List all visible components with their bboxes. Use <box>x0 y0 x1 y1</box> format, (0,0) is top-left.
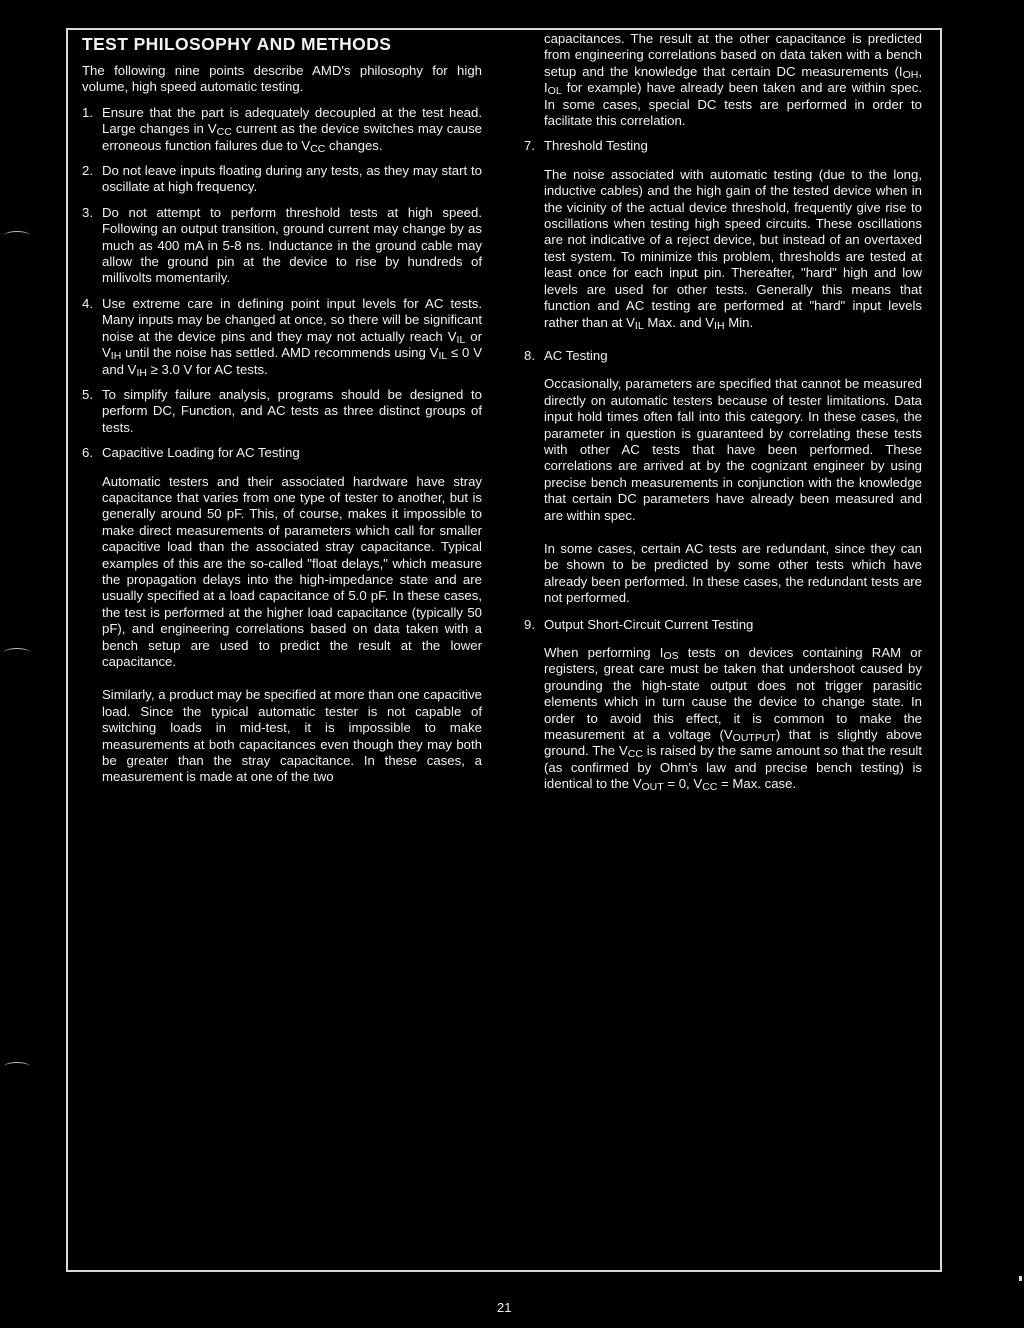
right-column: capacitances. The result at the other ca… <box>524 31 922 810</box>
item-6-paragraph-2: Similarly, a product may be specified at… <box>82 687 482 785</box>
item-text: Do not attempt to perform threshold test… <box>102 205 482 286</box>
text: Min. <box>725 315 754 330</box>
subscript: OS <box>663 650 678 662</box>
item-6-continuation: capacitances. The result at the other ca… <box>524 31 922 129</box>
list-item-1: 1. Ensure that the part is adequately de… <box>82 105 482 154</box>
page-number: 21 <box>497 1300 511 1315</box>
subscript: CC <box>702 781 717 793</box>
section-heading: Output Short-Circuit Current Testing <box>540 617 753 632</box>
list-item-8-heading: 8. AC Testing <box>524 348 922 364</box>
text: until the noise has settled. AMD recomme… <box>121 345 438 360</box>
subscript: IH <box>111 350 122 362</box>
text: for example) have already been taken and… <box>544 80 922 128</box>
list-item-5: 5. To simplify failure analysis, program… <box>82 387 482 436</box>
section-heading: Threshold Testing <box>540 138 648 153</box>
intro-paragraph: The following nine points describe AMD's… <box>82 63 482 96</box>
text: Max. and V <box>644 315 714 330</box>
section-heading: Capacitive Loading for AC Testing <box>102 445 300 460</box>
list-item-4: 4. Use extreme care in defining point in… <box>82 296 482 378</box>
item-number: 8. <box>524 348 535 364</box>
item-7-paragraph: The noise associated with automatic test… <box>524 167 922 331</box>
margin-mark <box>4 1062 30 1071</box>
item-number: 2. <box>82 163 93 179</box>
list-item-6-heading: 6. Capacitive Loading for AC Testing <box>82 445 482 461</box>
item-number: 4. <box>82 296 93 312</box>
text: = Max. case. <box>717 776 796 791</box>
subscript: IL <box>635 320 644 332</box>
subscript: OUTPUT <box>733 732 776 744</box>
item-9-paragraph: When performing IOS tests on devices con… <box>524 645 922 793</box>
item-number: 7. <box>524 138 535 154</box>
text: changes. <box>325 138 382 153</box>
subscript: CC <box>310 143 325 155</box>
list-item-9-heading: 9. Output Short-Circuit Current Testing <box>524 617 922 633</box>
text: = 0, V <box>664 776 703 791</box>
item-number: 3. <box>82 205 93 221</box>
subscript: IL <box>438 350 447 362</box>
left-column: TEST PHILOSOPHY AND METHODS The followin… <box>82 33 482 803</box>
item-number: 6. <box>82 445 93 461</box>
subscript: OH <box>903 69 919 81</box>
text: Use extreme care in defining point input… <box>102 296 482 344</box>
page-title: TEST PHILOSOPHY AND METHODS <box>82 33 482 55</box>
item-number: 1. <box>82 105 93 121</box>
margin-mark <box>4 648 30 657</box>
margin-mark <box>4 231 30 240</box>
text: The noise associated with automatic test… <box>544 167 922 330</box>
list-item-3: 3. Do not attempt to perform threshold t… <box>82 205 482 287</box>
text: capacitances. The result at the other ca… <box>544 31 922 79</box>
scan-artifact <box>1019 1276 1022 1281</box>
subscript: IL <box>457 334 466 346</box>
subscript: IH <box>714 320 725 332</box>
subscript: IH <box>136 367 147 379</box>
text: When performing I <box>544 645 663 660</box>
subscript: CC <box>628 748 643 760</box>
subscript: CC <box>217 126 232 138</box>
item-8-paragraph-2: In some cases, certain AC tests are redu… <box>524 541 922 607</box>
subscript: OL <box>548 85 562 97</box>
item-number: 9. <box>524 617 535 633</box>
list-item-7-heading: 7. Threshold Testing <box>524 138 922 154</box>
item-8-paragraph-1: Occasionally, parameters are specified t… <box>524 376 922 524</box>
section-heading: AC Testing <box>540 348 608 363</box>
item-text: To simplify failure analysis, programs s… <box>102 387 482 435</box>
list-item-2: 2. Do not leave inputs floating during a… <box>82 163 482 196</box>
item-number: 5. <box>82 387 93 403</box>
text: ≥ 3.0 V for AC tests. <box>147 362 268 377</box>
item-text: Do not leave inputs floating during any … <box>102 163 482 194</box>
item-6-paragraph-1: Automatic testers and their associated h… <box>82 474 482 671</box>
subscript: OUT <box>642 781 664 793</box>
